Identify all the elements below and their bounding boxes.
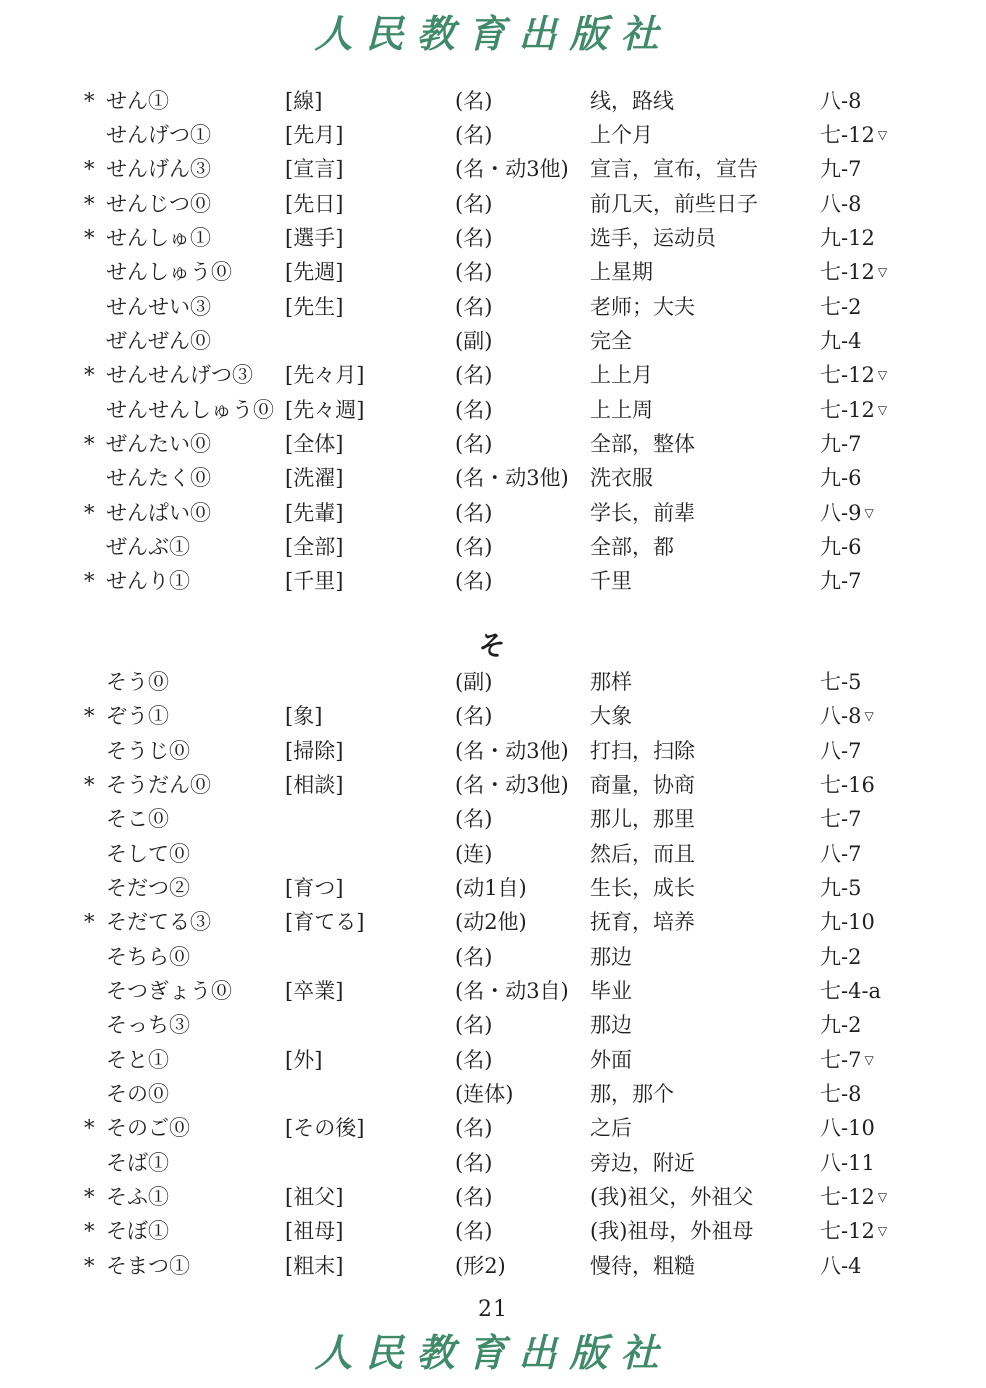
word-kana-accent: せんげん③ (106, 159, 285, 180)
lesson-mark-triangle: ▽ (878, 265, 887, 279)
word-kanji: [先々月] (285, 365, 455, 386)
word-kana-accent: そこ⓪ (106, 809, 285, 830)
lesson-ref: 七-4-a (820, 981, 986, 1002)
vocab-row: そと① [外] (名) 外面 七-7▽ (84, 1043, 986, 1077)
meaning-chinese: 那样 (590, 672, 820, 693)
lesson-ref: 七-7▽ (820, 1050, 986, 1071)
lesson-ref: 九-6 (820, 468, 986, 489)
word-kana-accent: せんげつ① (106, 125, 285, 146)
lesson-number: 八-9 (820, 501, 861, 525)
lesson-ref: 九-12 (820, 228, 986, 249)
star-marker: * (84, 1256, 106, 1277)
part-of-speech: (名・动3自) (455, 981, 590, 1002)
lesson-number: 八-8 (820, 704, 861, 728)
vocab-row: せんしゅう⓪ [先週] (名) 上星期 七-12▽ (84, 256, 986, 290)
lesson-ref: 九-5 (820, 878, 986, 899)
lesson-ref: 九-7 (820, 571, 986, 592)
part-of-speech: (名) (455, 947, 590, 968)
lesson-number: 七-8 (820, 1082, 861, 1106)
lesson-number: 九-6 (820, 535, 861, 559)
part-of-speech: (名) (455, 1050, 590, 1071)
vocab-row: * せんげん③ [宣言] (名・动3他) 宣言，宣布，宣告 九-7 (84, 153, 986, 187)
word-kana-accent: ぜんたい⓪ (106, 434, 285, 455)
lesson-ref: 八-7 (820, 741, 986, 762)
word-kana-accent: ぞう① (106, 706, 285, 727)
word-kana-accent: せんせんげつ③ (106, 365, 285, 386)
vocab-row: * せんり① [千里] (名) 千里 九-7 (84, 565, 986, 599)
lesson-ref: 七-12▽ (820, 125, 986, 146)
lesson-ref: 八-11 (820, 1153, 986, 1174)
word-kana-accent: そぼ① (106, 1221, 285, 1242)
meaning-chinese: 那边 (590, 1015, 820, 1036)
lesson-ref: 八-8 (820, 194, 986, 215)
word-kanji: [全体] (285, 434, 455, 455)
lesson-ref: 七-16 (820, 775, 986, 796)
lesson-number: 八-11 (820, 1151, 875, 1175)
word-kanji: [線] (285, 91, 455, 112)
lesson-ref: 七-12▽ (820, 1187, 986, 1208)
part-of-speech: (名) (455, 194, 590, 215)
word-kana-accent: そちら⓪ (106, 947, 285, 968)
meaning-chinese: 商量，协商 (590, 775, 820, 796)
lesson-number: 七-4-a (820, 979, 881, 1003)
vocab-row: * せん① [線] (名) 线，路线 八-8 (84, 84, 986, 118)
lesson-ref: 九-4 (820, 331, 986, 352)
lesson-ref: 七-12▽ (820, 262, 986, 283)
vocab-row: そば① (名) 旁边，附近 八-11 (84, 1146, 986, 1180)
lesson-number: 八-8 (820, 192, 861, 216)
lesson-number: 七-12 (820, 398, 875, 422)
part-of-speech: (名) (455, 228, 590, 249)
vocab-row: * せんしゅ① [選手] (名) 选手，运动员 九-12 (84, 221, 986, 255)
word-kana-accent: そと① (106, 1050, 285, 1071)
word-kana-accent: そうだん⓪ (106, 775, 285, 796)
vocab-row: * ぜんたい⓪ [全体] (名) 全部，整体 九-7 (84, 427, 986, 461)
lesson-ref: 八-10 (820, 1118, 986, 1139)
lesson-mark-triangle: ▽ (878, 1190, 887, 1204)
word-kanji: [先生] (285, 297, 455, 318)
part-of-speech: (名) (455, 1015, 590, 1036)
part-of-speech: (名) (455, 809, 590, 830)
word-kanji: [相談] (285, 775, 455, 796)
lesson-mark-triangle: ▽ (878, 368, 887, 382)
word-kanji: [宣言] (285, 159, 455, 180)
word-kana-accent: せんしゅ① (106, 228, 285, 249)
word-kana-accent: せんしゅう⓪ (106, 262, 285, 283)
lesson-number: 七-12 (820, 123, 875, 147)
lesson-number: 九-4 (820, 329, 861, 353)
lesson-number: 八-7 (820, 739, 861, 763)
lesson-number: 七-16 (820, 773, 875, 797)
word-kana-accent: そふ① (106, 1187, 285, 1208)
part-of-speech: (名・动3他) (455, 741, 590, 762)
meaning-chinese: 打扫，扫除 (590, 741, 820, 762)
lesson-number: 八-7 (820, 842, 861, 866)
star-marker: * (84, 1118, 106, 1139)
meaning-chinese: 上星期 (590, 262, 820, 283)
word-kanji: [象] (285, 706, 455, 727)
publisher-logo-top: 人民教育出版社 (0, 0, 986, 62)
lesson-number: 八-4 (820, 1254, 861, 1278)
word-kana-accent: せんぱい⓪ (106, 503, 285, 524)
lesson-number: 九-7 (820, 432, 861, 456)
vocab-row: * そふ① [祖父] (名) (我)祖父，外祖父 七-12▽ (84, 1180, 986, 1214)
meaning-chinese: 全部，整体 (590, 434, 820, 455)
lesson-mark-triangle: ▽ (864, 709, 873, 723)
vocab-row: そして⓪ (连) 然后，而且 八-7 (84, 837, 986, 871)
part-of-speech: (副) (455, 331, 590, 352)
star-marker: * (84, 159, 106, 180)
word-kanji: [祖母] (285, 1221, 455, 1242)
lesson-number: 九-6 (820, 466, 861, 490)
word-kanji: [千里] (285, 571, 455, 592)
lesson-ref: 七-12▽ (820, 1221, 986, 1242)
meaning-chinese: 抚育，培养 (590, 912, 820, 933)
part-of-speech: (名・动3他) (455, 468, 590, 489)
star-marker: * (84, 775, 106, 796)
lesson-number: 七-7 (820, 807, 861, 831)
vocab-row: せんたく⓪ [洗濯] (名・动3他) 洗衣服 九-6 (84, 462, 986, 496)
lesson-mark-triangle: ▽ (878, 403, 887, 417)
vocab-row: そだつ② [育つ] (动1自) 生长，成长 九-5 (84, 871, 986, 905)
word-kana-accent: そう⓪ (106, 672, 285, 693)
word-kanji: [外] (285, 1050, 455, 1071)
vocab-row: せんげつ① [先月] (名) 上个月 七-12▽ (84, 118, 986, 152)
part-of-speech: (名) (455, 1187, 590, 1208)
word-kanji: [育つ] (285, 878, 455, 899)
part-of-speech: (名) (455, 503, 590, 524)
word-kana-accent: せんり① (106, 571, 285, 592)
vocab-row: ぜんぶ① [全部] (名) 全部，都 九-6 (84, 530, 986, 564)
part-of-speech: (名) (455, 125, 590, 146)
lesson-ref: 八-4 (820, 1256, 986, 1277)
meaning-chinese: 旁边，附近 (590, 1153, 820, 1174)
lesson-ref: 七-12▽ (820, 365, 986, 386)
lesson-ref: 七-2 (820, 297, 986, 318)
vocab-row: * そのご⓪ [その後] (名) 之后 八-10 (84, 1112, 986, 1146)
vocab-row: そっち③ (名) 那边 九-2 (84, 1009, 986, 1043)
part-of-speech: (动1自) (455, 878, 590, 899)
vocab-row: そつぎょう⓪ [卒業] (名・动3自) 毕业 七-4-a (84, 974, 986, 1008)
lesson-number: 七-2 (820, 295, 861, 319)
word-kana-accent: そっち③ (106, 1015, 285, 1036)
vocab-row: * そだてる③ [育てる] (动2他) 抚育，培养 九-10 (84, 906, 986, 940)
vocab-row: * ぞう① [象] (名) 大象 八-8▽ (84, 700, 986, 734)
part-of-speech: (名) (455, 571, 590, 592)
part-of-speech: (名) (455, 365, 590, 386)
lesson-number: 八-10 (820, 1116, 875, 1140)
vocab-row: そう⓪ (副) 那样 七-5 (84, 665, 986, 699)
meaning-chinese: 上上周 (590, 400, 820, 421)
word-kana-accent: せんせんしゅう⓪ (106, 400, 285, 421)
lesson-ref: 八-8▽ (820, 706, 986, 727)
part-of-speech: (名) (455, 1221, 590, 1242)
meaning-chinese: 选手，运动员 (590, 228, 820, 249)
word-kanji: [先輩] (285, 503, 455, 524)
meaning-chinese: 大象 (590, 706, 820, 727)
lesson-number: 九-5 (820, 876, 861, 900)
part-of-speech: (形2) (455, 1256, 590, 1277)
word-kana-accent: そつぎょう⓪ (106, 981, 285, 1002)
meaning-chinese: 学长，前辈 (590, 503, 820, 524)
part-of-speech: (连体) (455, 1084, 590, 1105)
word-kanji: [育てる] (285, 912, 455, 933)
meaning-chinese: 那，那个 (590, 1084, 820, 1105)
lesson-ref: 九-10 (820, 912, 986, 933)
word-kanji: [先日] (285, 194, 455, 215)
star-marker: * (84, 503, 106, 524)
word-kanji: [その後] (285, 1118, 455, 1139)
word-kanji: [卒業] (285, 981, 455, 1002)
lesson-ref: 八-7 (820, 844, 986, 865)
lesson-number: 九-12 (820, 226, 875, 250)
star-marker: * (84, 91, 106, 112)
word-kanji: [先週] (285, 262, 455, 283)
star-marker: * (84, 1221, 106, 1242)
part-of-speech: (副) (455, 672, 590, 693)
word-kana-accent: せん① (106, 91, 285, 112)
lesson-number: 七-7 (820, 1048, 861, 1072)
meaning-chinese: 完全 (590, 331, 820, 352)
lesson-number: 八-8 (820, 89, 861, 113)
word-kana-accent: そだつ② (106, 878, 285, 899)
part-of-speech: (名) (455, 91, 590, 112)
lesson-mark-triangle: ▽ (878, 128, 887, 142)
lesson-number: 七-12 (820, 1185, 875, 1209)
word-kana-accent: そうじ⓪ (106, 741, 285, 762)
lesson-ref: 九-6 (820, 537, 986, 558)
meaning-chinese: (我)祖母，外祖母 (590, 1221, 820, 1242)
vocab-section-so: そう⓪ (副) 那样 七-5 * ぞう① [象] (名) 大象 八-8▽ そうじ… (84, 665, 986, 1283)
vocab-row: せんせんしゅう⓪ [先々週] (名) 上上周 七-12▽ (84, 393, 986, 427)
part-of-speech: (名・动3他) (455, 159, 590, 180)
meaning-chinese: 然后，而且 (590, 844, 820, 865)
word-kanji: [洗濯] (285, 468, 455, 489)
star-marker: * (84, 365, 106, 386)
vocab-row: ぜんぜん⓪ (副) 完全 九-4 (84, 324, 986, 358)
word-kana-accent: その⓪ (106, 1084, 285, 1105)
lesson-ref: 七-5 (820, 672, 986, 693)
lesson-number: 七-12 (820, 1219, 875, 1243)
part-of-speech: (动2他) (455, 912, 590, 933)
lesson-number: 九-10 (820, 910, 875, 934)
meaning-chinese: 全部，都 (590, 537, 820, 558)
word-kana-accent: そば① (106, 1153, 285, 1174)
lesson-number: 七-12 (820, 363, 875, 387)
lesson-number: 七-5 (820, 670, 861, 694)
meaning-chinese: 千里 (590, 571, 820, 592)
lesson-ref: 九-2 (820, 1015, 986, 1036)
lesson-number: 九-7 (820, 569, 861, 593)
meaning-chinese: 洗衣服 (590, 468, 820, 489)
part-of-speech: (名) (455, 400, 590, 421)
vocab-section-se: * せん① [線] (名) 线，路线 八-8 せんげつ① [先月] (名) 上个… (84, 84, 986, 599)
word-kanji: [掃除] (285, 741, 455, 762)
page-number: 21 (0, 1295, 986, 1325)
lesson-ref: 八-8 (820, 91, 986, 112)
word-kanji: [先々週] (285, 400, 455, 421)
star-marker: * (84, 434, 106, 455)
star-marker: * (84, 1187, 106, 1208)
meaning-chinese: 之后 (590, 1118, 820, 1139)
part-of-speech: (名・动3他) (455, 775, 590, 796)
lesson-number: 九-2 (820, 945, 861, 969)
section-header-so: そ (0, 628, 986, 665)
part-of-speech: (名) (455, 537, 590, 558)
part-of-speech: (名) (455, 706, 590, 727)
meaning-chinese: 那边 (590, 947, 820, 968)
word-kana-accent: そだてる③ (106, 912, 285, 933)
word-kanji: [先月] (285, 125, 455, 146)
part-of-speech: (名) (455, 1153, 590, 1174)
vocab-row: * そぼ① [祖母] (名) (我)祖母，外祖母 七-12▽ (84, 1215, 986, 1249)
lesson-ref: 七-12▽ (820, 400, 986, 421)
vocab-row: そちら⓪ (名) 那边 九-2 (84, 940, 986, 974)
meaning-chinese: 慢待，粗糙 (590, 1256, 820, 1277)
lesson-ref: 七-8 (820, 1084, 986, 1105)
publisher-logo-bottom: 人民教育出版社 (0, 1329, 986, 1377)
lesson-ref: 九-2 (820, 947, 986, 968)
lesson-mark-triangle: ▽ (864, 506, 873, 520)
vocab-row: * せんじつ⓪ [先日] (名) 前几天，前些日子 八-8 (84, 187, 986, 221)
word-kana-accent: そして⓪ (106, 844, 285, 865)
meaning-chinese: (我)祖父，外祖父 (590, 1187, 820, 1208)
meaning-chinese: 外面 (590, 1050, 820, 1071)
word-kanji: [全部] (285, 537, 455, 558)
word-kana-accent: せんたく⓪ (106, 468, 285, 489)
meaning-chinese: 前几天，前些日子 (590, 194, 820, 215)
star-marker: * (84, 571, 106, 592)
vocab-row: そうじ⓪ [掃除] (名・动3他) 打扫，扫除 八-7 (84, 734, 986, 768)
word-kanji: [祖父] (285, 1187, 455, 1208)
part-of-speech: (连) (455, 844, 590, 865)
lesson-mark-triangle: ▽ (878, 1224, 887, 1238)
glossary-page: 人民教育出版社 * せん① [線] (名) 线，路线 八-8 せんげつ① [先月… (0, 0, 986, 1388)
lesson-ref: 七-7 (820, 809, 986, 830)
lesson-ref: 八-9▽ (820, 503, 986, 524)
word-kana-accent: ぜんぜん⓪ (106, 331, 285, 352)
meaning-chinese: 上个月 (590, 125, 820, 146)
star-marker: * (84, 194, 106, 215)
meaning-chinese: 毕业 (590, 981, 820, 1002)
star-marker: * (84, 912, 106, 933)
word-kanji: [選手] (285, 228, 455, 249)
star-marker: * (84, 706, 106, 727)
meaning-chinese: 上上月 (590, 365, 820, 386)
word-kana-accent: そまつ① (106, 1256, 285, 1277)
meaning-chinese: 线，路线 (590, 91, 820, 112)
lesson-ref: 九-7 (820, 159, 986, 180)
meaning-chinese: 生长，成长 (590, 878, 820, 899)
vocab-row: そこ⓪ (名) 那儿，那里 七-7 (84, 803, 986, 837)
word-kana-accent: せんせい③ (106, 297, 285, 318)
word-kana-accent: そのご⓪ (106, 1118, 285, 1139)
word-kana-accent: ぜんぶ① (106, 537, 285, 558)
lesson-number: 九-2 (820, 1013, 861, 1037)
part-of-speech: (名) (455, 262, 590, 283)
vocab-row: せんせい③ [先生] (名) 老师；大夫 七-2 (84, 290, 986, 324)
word-kana-accent: せんじつ⓪ (106, 194, 285, 215)
lesson-ref: 九-7 (820, 434, 986, 455)
vocab-row: * そまつ① [粗末] (形2) 慢待，粗糙 八-4 (84, 1249, 986, 1283)
meaning-chinese: 宣言，宣布，宣告 (590, 159, 820, 180)
vocab-row: * そうだん⓪ [相談] (名・动3他) 商量，协商 七-16 (84, 768, 986, 802)
part-of-speech: (名) (455, 434, 590, 455)
lesson-number: 九-7 (820, 157, 861, 181)
vocab-row: その⓪ (连体) 那，那个 七-8 (84, 1077, 986, 1111)
meaning-chinese: 老师；大夫 (590, 297, 820, 318)
part-of-speech: (名) (455, 1118, 590, 1139)
meaning-chinese: 那儿，那里 (590, 809, 820, 830)
vocab-row: * せんぱい⓪ [先輩] (名) 学长，前辈 八-9▽ (84, 496, 986, 530)
vocab-row: * せんせんげつ③ [先々月] (名) 上上月 七-12▽ (84, 359, 986, 393)
word-kanji: [粗末] (285, 1256, 455, 1277)
star-marker: * (84, 228, 106, 249)
part-of-speech: (名) (455, 297, 590, 318)
lesson-number: 七-12 (820, 260, 875, 284)
lesson-mark-triangle: ▽ (864, 1053, 873, 1067)
